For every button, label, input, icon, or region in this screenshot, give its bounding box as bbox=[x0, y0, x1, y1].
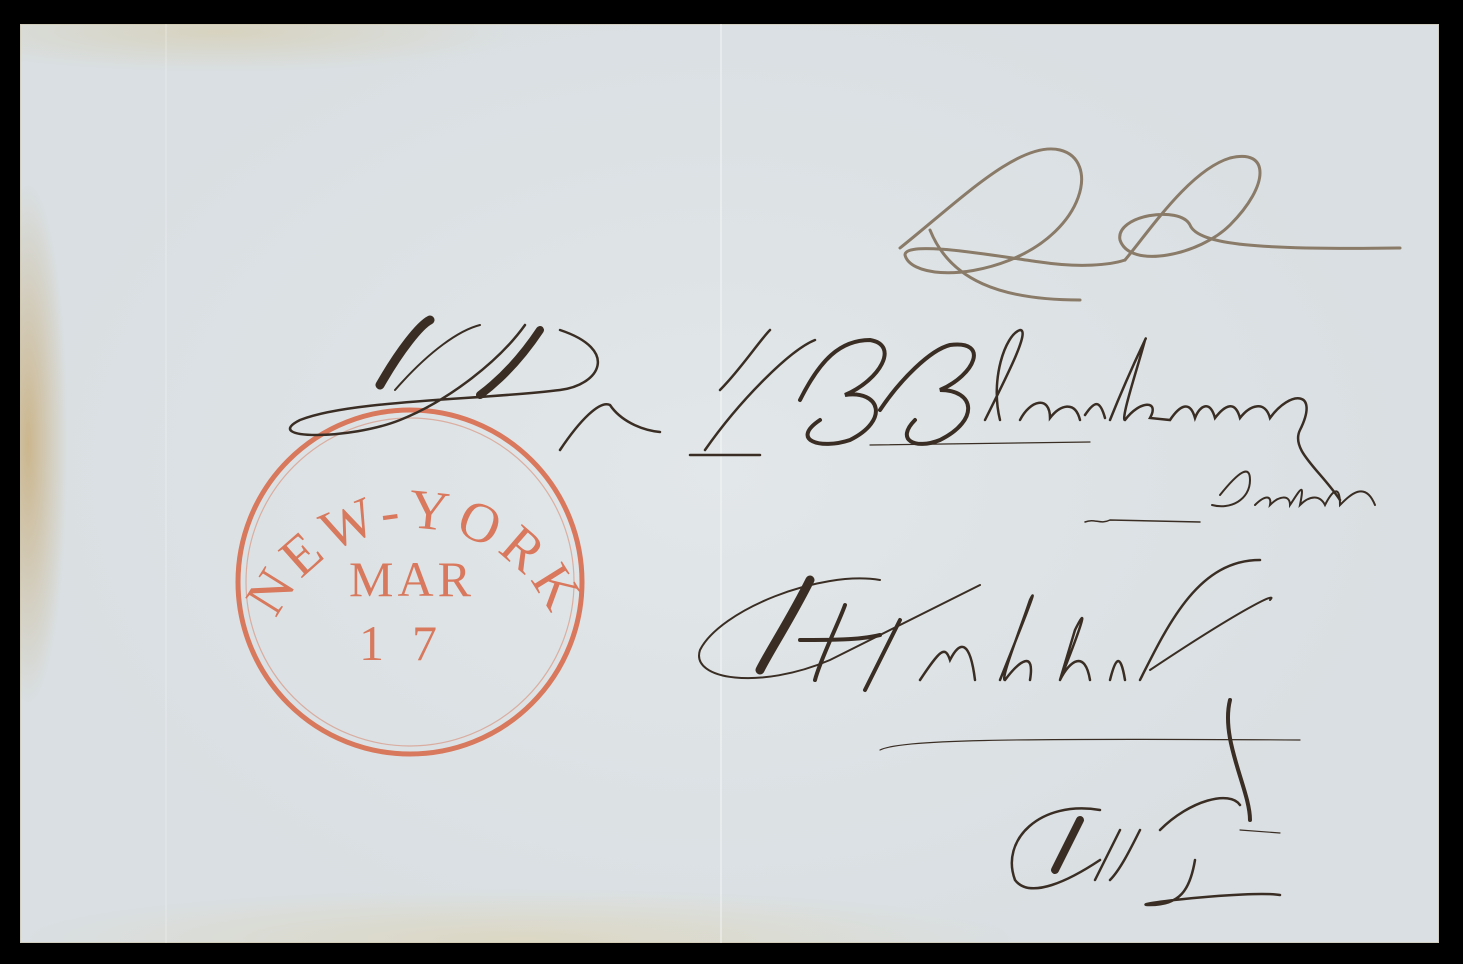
postmark-month: MAR bbox=[349, 551, 475, 607]
cover-markings: NEW-YORK MAR 17 Paid Dentist bbox=[0, 0, 1463, 964]
address-handwriting: Dentist bbox=[290, 320, 1375, 905]
rate-text: Paid bbox=[1090, 239, 1093, 241]
postmark-day: 17 bbox=[359, 615, 465, 671]
rate-marking: Paid bbox=[900, 149, 1400, 300]
postmark: NEW-YORK MAR 17 bbox=[234, 410, 596, 754]
